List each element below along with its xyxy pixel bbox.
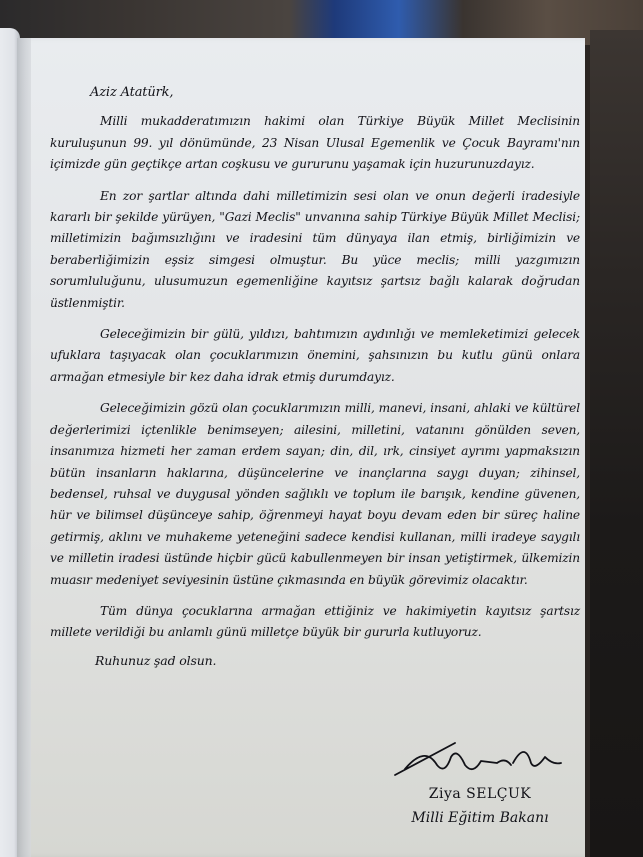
signature-block: Ziya SELÇUK Milli Eğitim Bakanı bbox=[380, 735, 580, 826]
background-scene-right bbox=[590, 30, 643, 857]
letter-paragraph-2: En zor şartlar altında dahi milletimizin… bbox=[50, 186, 580, 314]
letter-paragraph-1: Milli mukadderatımızın hakimi olan Türki… bbox=[50, 111, 580, 175]
letter-paragraph-5: Tüm dünya çocuklarına armağan ettiğiniz … bbox=[50, 601, 580, 644]
letter-closing: Ruhunuz şad olsun. bbox=[95, 650, 580, 671]
signer-title: Milli Eğitim Bakanı bbox=[380, 810, 580, 826]
book-gutter-shadow bbox=[17, 38, 31, 857]
letter-paragraph-3: Geleceğimizin bir gülü, yıldızı, bahtımı… bbox=[50, 324, 580, 388]
signer-name: Ziya SELÇUK bbox=[380, 786, 580, 802]
handwritten-letter: Aziz Atatürk, Milli mukadderatımızın hak… bbox=[50, 82, 580, 671]
letter-salutation: Aziz Atatürk, bbox=[90, 82, 580, 103]
handwritten-signature-icon bbox=[385, 735, 575, 780]
letter-paragraph-4: Geleceğimizin gözü olan çocuklarımızın m… bbox=[50, 398, 580, 591]
